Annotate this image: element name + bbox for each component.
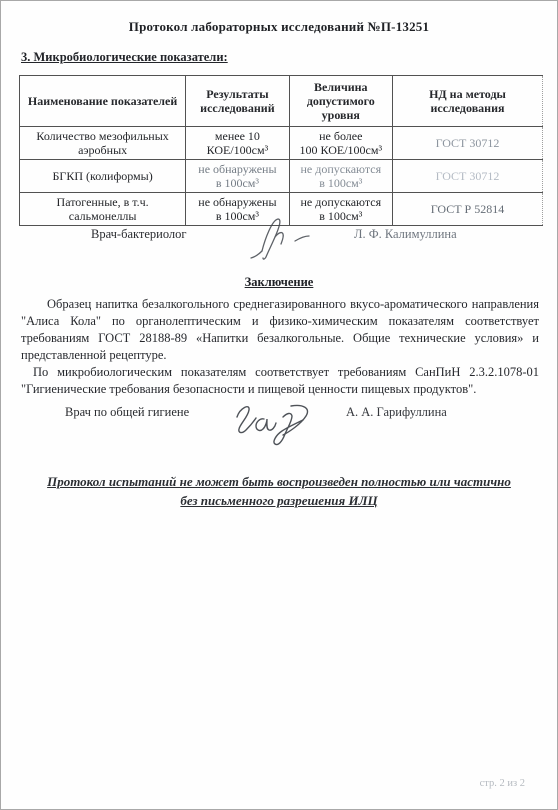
- signer-name: А. А. Гарифуллина: [346, 405, 447, 420]
- handwritten-signature-icon: [241, 213, 325, 263]
- result-cell: менее 10 КОЕ/100см³: [186, 127, 289, 160]
- allowed-level-cell: не допускаются в 100см³: [289, 160, 392, 193]
- column-header-indicator-name: Наименование показателей: [20, 76, 186, 127]
- conclusion-heading: Заключение: [1, 275, 557, 290]
- signer-name: Л. Ф. Калимуллина: [354, 227, 457, 242]
- handwritten-signature-icon: [229, 391, 329, 446]
- table-row-coliforms: БГКП (колиформы) не обнаружены в 100см³ …: [20, 160, 543, 193]
- column-header-results: Результаты исследований: [186, 76, 289, 127]
- table-row-mesophilic-aerobes: Количество мезофильных аэробных менее 10…: [20, 127, 543, 160]
- signer-role-label: Врач-бактериолог: [91, 227, 187, 242]
- column-header-method-standard: НД на методы исследования: [392, 76, 542, 127]
- signature-row-hygienist: Врач по общей гигиене А. А. Гарифуллина: [1, 391, 557, 441]
- conclusion-paragraph-1: Образец напитка безалкогольного среднега…: [21, 296, 539, 364]
- column-header-allowed-level: Величина допустимого уровня: [289, 76, 392, 127]
- page-number-label: стр. 2 из 2: [480, 778, 525, 789]
- signer-role-label: Врач по общей гигиене: [65, 405, 189, 420]
- signature-row-bacteriologist: Врач-бактериолог Л. Ф. Калимуллина: [1, 213, 557, 263]
- method-standard-cell: ГОСТ 30712: [392, 127, 542, 160]
- section-heading-microbiology: 3. Микробиологические показатели:: [21, 50, 228, 65]
- allowed-level-cell: не более 100 КОЕ/100см³: [289, 127, 392, 160]
- table-header-row: Наименование показателей Результаты иссл…: [20, 76, 543, 127]
- restriction-note: Протокол испытаний не может быть воспрои…: [29, 472, 529, 510]
- indicator-name-cell: БГКП (колиформы): [20, 160, 186, 193]
- method-standard-cell: ГОСТ 30712: [392, 160, 542, 193]
- result-cell: не обнаружены в 100см³: [186, 160, 289, 193]
- document-page: Протокол лабораторных исследований №П-13…: [0, 0, 558, 810]
- microbiology-results-table: Наименование показателей Результаты иссл…: [19, 75, 543, 226]
- page-title: Протокол лабораторных исследований №П-13…: [1, 19, 557, 35]
- indicator-name-cell: Количество мезофильных аэробных: [20, 127, 186, 160]
- conclusion-text: Образец напитка безалкогольного среднега…: [21, 296, 539, 398]
